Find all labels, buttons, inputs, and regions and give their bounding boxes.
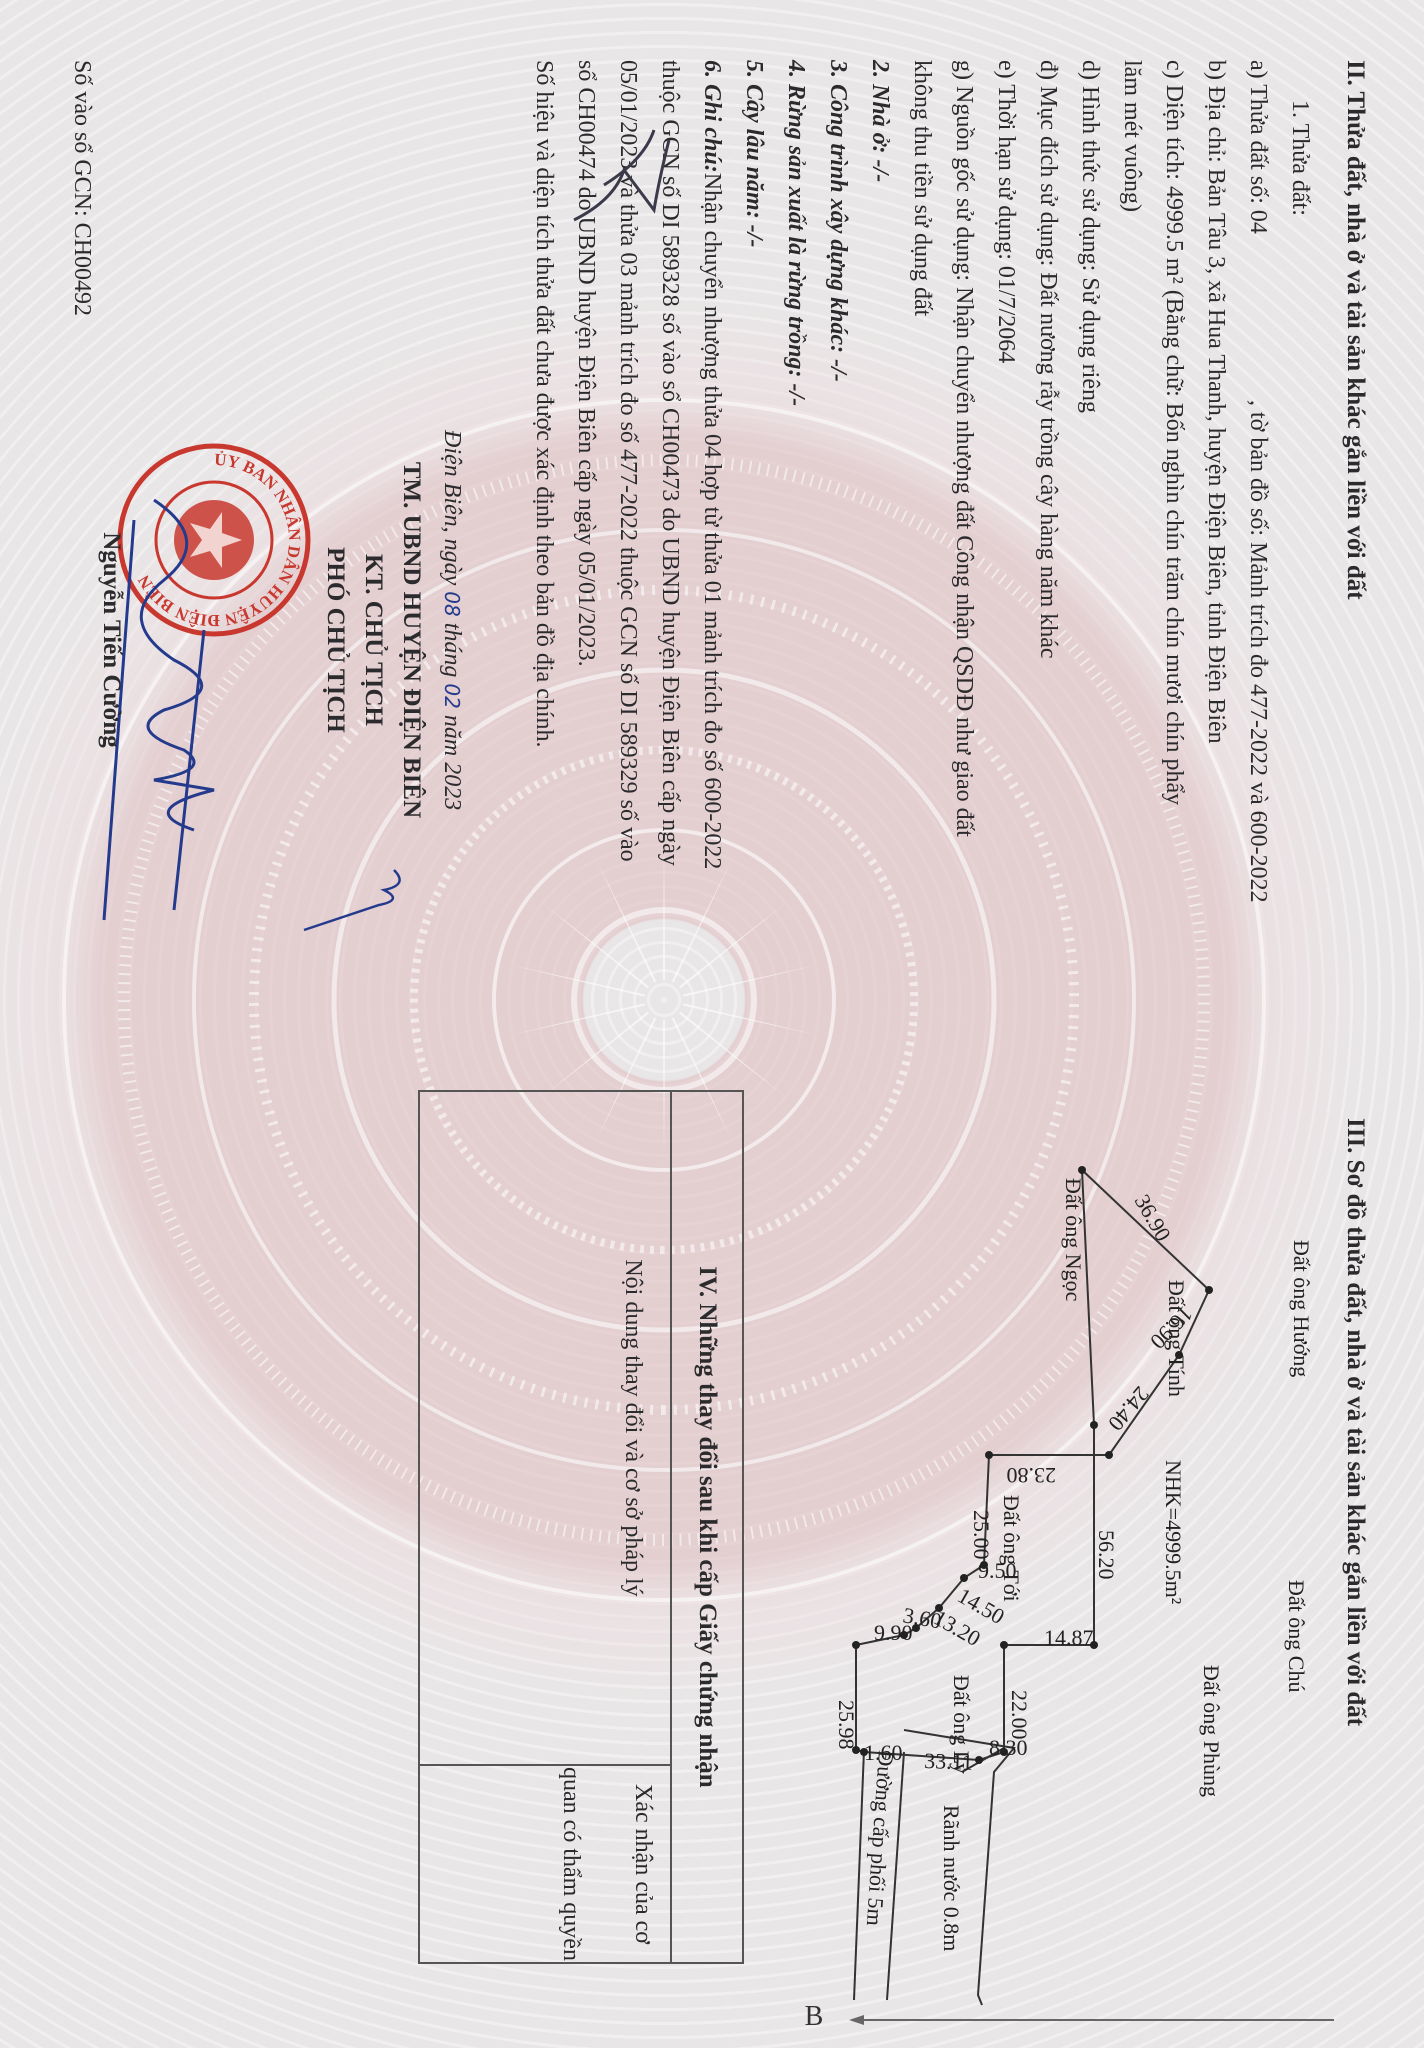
note-line-5: Số hiệu và diện tích thửa đất chưa được …: [532, 60, 556, 748]
handwritten-initials: [564, 110, 684, 230]
signature-date: Điện Biên, ngày 08 tháng 02 năm 2023: [440, 430, 464, 810]
item1-label: 1. Thửa đất:: [1288, 100, 1312, 216]
date-day: 08: [440, 591, 464, 616]
neighbor-ly: Đất ông Ly: [949, 1675, 974, 1774]
neighbor-chu: Đất ông Chú: [1284, 1580, 1309, 1692]
area-cont: lăm mét vuông): [1120, 60, 1144, 212]
neighbor-ngoc: Đất ông Ngọc: [1061, 1178, 1086, 1302]
section4-title: IV. Những thay đổi sau khi cấp Giấy chứn…: [670, 1092, 742, 1962]
ditch-label: Rãnh nước 0.8m: [939, 1805, 964, 1951]
neighbor-tinh: Đất ông Tính: [1164, 1280, 1189, 1397]
usage-form: d) Hình thức sử dụng: Sử dụng riêng: [1078, 60, 1102, 413]
signer-name: Nguyễn Tiến Cường: [99, 430, 124, 850]
area-label: NHK=4999.5m²: [1161, 1460, 1186, 1605]
land-certificate-page: II. Thửa đất, nhà ở và tài sản khác gắn …: [0, 0, 1424, 2048]
edge-length-label: 25.00: [969, 1510, 994, 1560]
edge-length-label: 22.00: [1007, 1690, 1032, 1740]
section2-title: II. Thửa đất, nhà ở và tài sản khác gắn …: [1343, 60, 1368, 600]
address: b) Địa chỉ: Bản Tâu 3, xã Hua Thanh, huy…: [1204, 60, 1228, 744]
note-line-1-text: Nhận chuyển nhượng thửa 04 hợp từ thửa 0…: [699, 173, 725, 870]
signing-kt: KT. CHỦ TỊCH: [361, 430, 386, 850]
section3-title: III. Sơ đồ thửa đất, nhà ở và tài sản kh…: [1343, 1118, 1368, 1726]
area: c) Diện tích: 4999.5 m² (Bằng chữ: Bốn n…: [1162, 60, 1186, 805]
register-number: Số vào sổ GCN: CH00492: [70, 60, 94, 316]
edge-length-label: 56.20: [1094, 1530, 1119, 1580]
edge-length-label: 25.98: [834, 1700, 859, 1750]
usage-origin-cont: không thu tiền sử dụng đất: [910, 60, 934, 316]
edge-length-label: 9.90: [874, 1620, 913, 1645]
small-initial-mark: [294, 860, 414, 940]
usage-origin: g) Nguồn gốc sử dụng: Nhận chuyển nhượng…: [952, 60, 976, 837]
item5-trees: 5. Cây lâu năm: -/-: [742, 60, 766, 247]
map-sheet: , tờ bản đồ số: Mảnh trích đo 477-2022 v…: [1246, 400, 1270, 903]
note-label: 6. Ghi chú:: [699, 60, 725, 173]
item2-house: 2. Nhà ở: -/-: [868, 60, 892, 182]
changes-table: IV. Những thay đổi sau khi cấp Giấy chứn…: [418, 1090, 744, 1964]
signing-title: PHÓ CHỦ TỊCH: [323, 430, 348, 850]
note-line-1: 6. Ghi chú:Nhận chuyển nhượng thửa 04 hợ…: [700, 60, 724, 869]
item3-construction: 3. Công trình xây dựng khác: -/-: [826, 60, 850, 382]
neighbor-huong: Đất ông Hướng: [1289, 1240, 1314, 1377]
signing-org: TM. UBND HUYỆN ĐIỆN BIÊN: [399, 430, 424, 850]
edge-length-label: 36.90: [1130, 1190, 1176, 1245]
usage-term: e) Thời hạn sử dụng: 01/7/2064: [994, 60, 1018, 363]
north-label: B: [805, 2001, 824, 2032]
edge-length-label: 14.87: [1044, 1625, 1094, 1650]
authority-confirmation-column: Xác nhận của cơquan có thẩm quyền: [420, 1766, 670, 1962]
neighbor-phung: Đất ông Phùng: [1199, 1665, 1224, 1797]
item4-forest: 4. Rừng sản xuất là rừng trồng: -/-: [784, 60, 808, 406]
date-month: 02: [440, 683, 464, 708]
edge-length-label: 23.80: [1007, 1463, 1057, 1488]
usage-purpose: đ) Mục đích sử dụng: Đất nương rẫy trồng…: [1036, 60, 1060, 659]
changes-content-column: Nội dung thay đổi và cơ sở pháp lý: [420, 1092, 670, 1766]
parcel-diagram: 36.9016.9024.4023.8025.009.5014.5013.203…: [754, 1100, 1334, 2040]
edge-length-label: 24.40: [1103, 1382, 1154, 1436]
parcel-number: a) Thửa đất số: 04: [1246, 60, 1270, 234]
neighbor-toi: Đất ông Tới: [999, 1495, 1024, 1602]
